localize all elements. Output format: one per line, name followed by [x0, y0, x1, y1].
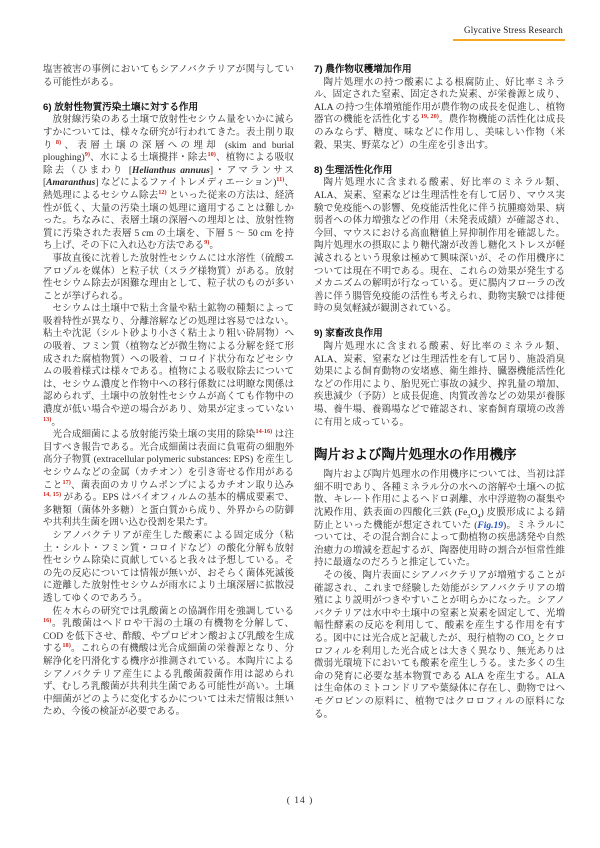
reference-superscript: 14, 15) [43, 491, 61, 498]
reference-superscript: 16) [43, 617, 51, 624]
reference-superscript: 19, 20) [421, 113, 439, 120]
section-heading: 9) 家畜改良作用 [314, 328, 565, 341]
document-page: Glycative Stress Research 塩害被害の事例においてもシア… [0, 0, 600, 848]
reference-superscript: 9) [85, 151, 90, 158]
journal-title: Glycative Stress Research [464, 25, 563, 35]
section-heading: 7) 農作物収穫増加作用 [314, 64, 565, 77]
header-accent-rule [453, 39, 565, 41]
left-column: 塩害被害の事例においてもシアノバクテリアが関与している可能性がある。6) 放射性… [43, 64, 294, 721]
reference-superscript: 18) [62, 642, 70, 649]
paragraph: 放射線汚染のある土壌で放射性セシウム量をいかに減らすかについては、様々な研究が行… [43, 114, 294, 253]
paragraph: 陶片処理水の持つ酸素による根腐防止、好比率ミネラル、固定された窒素、固定された炭… [314, 77, 565, 153]
paragraph: セシウムは土壌中で粘土含量や粘土鉱物の種類によって吸着特性が異なり、分離溶解など… [43, 303, 294, 429]
paragraph: 光合成細菌による放射能汚染土壌の実用的除染14-16) は注目すべき報告である。… [43, 429, 294, 530]
reference-superscript: 13) [43, 415, 51, 422]
section-heading: 6) 放射性物質汚染土壌に対する作用 [43, 102, 294, 115]
major-section-heading: 陶片および陶片処理水の作用機序 [314, 447, 565, 463]
two-column-body: 塩害被害の事例においてもシアノバクテリアが関与している可能性がある。6) 放射性… [43, 64, 565, 721]
chemical-subscript: 2 [531, 639, 534, 646]
right-column: 7) 農作物収穫増加作用陶片処理水の持つ酸素による根腐防止、好比率ミネラル、固定… [314, 64, 565, 721]
paragraph: 事故直後に沈着した放射性セシウムには水溶性（硫酸エアロゾルを媒体）と粒子状（スラ… [43, 253, 294, 303]
reference-superscript: 14-16) [255, 428, 272, 435]
paragraph: 陶片および陶片処理水の作用機序については、当初は詳細不明であり、各種ミネラル分の… [314, 469, 565, 570]
paragraph: 陶片処理水に含まれる酸素、好比率のミネラル類、ALA、炭素、窒素などは生理活性を… [314, 177, 565, 316]
chemical-subscript: 4 [477, 513, 480, 520]
section-heading: 8) 生理活性化作用 [314, 165, 565, 178]
paragraph: シアノバクテリアが産生した酸素による固定成分（粘土・シルト・フミン質・コロイドな… [43, 530, 294, 606]
paragraph: 佐々木らの研究では乳酸菌との協調作用を強調している16)。乳酸菌はヘドロや干潟の… [43, 606, 294, 719]
paragraph: その後、陶片表面にシアノバクテリアが増殖することが確認され、これまで経験した効能… [314, 570, 565, 721]
reference-superscript: 8) [56, 138, 61, 145]
reference-superscript: 10) [207, 151, 215, 158]
reference-superscript: 17) [62, 478, 70, 485]
species-name: Helianthus annuus [132, 166, 210, 176]
chemical-subscript: 3 [467, 513, 470, 520]
page-number: ( 14 ) [0, 796, 600, 806]
reference-superscript: 11) [276, 176, 284, 183]
species-name: Amaranthus [46, 178, 95, 188]
reference-superscript: 12) [158, 189, 166, 196]
figure-reference-link[interactable]: Fig.19 [477, 521, 503, 531]
reference-superscript: 9) [204, 239, 209, 246]
paragraph: 陶片処理水に含まれる酸素、好比率のミネラル類、ALA、炭素、窒素などは生理活性を… [314, 341, 565, 429]
paragraph: 塩害被害の事例においてもシアノバクテリアが関与している可能性がある。 [43, 64, 294, 89]
